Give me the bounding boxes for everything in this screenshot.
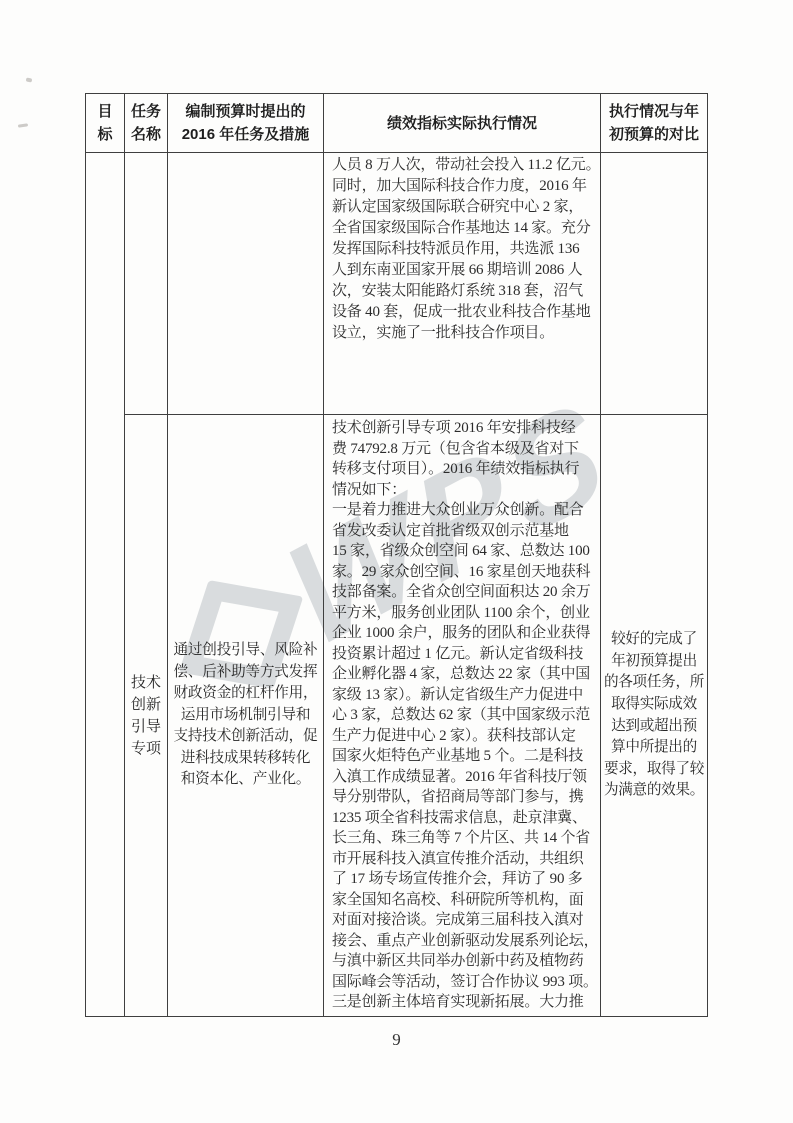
cell-goal bbox=[86, 153, 125, 1016]
document-page: WPS 目标 任务名称 编制预算时提出的2016 年任务及措施 绩效指标实际执行… bbox=[0, 0, 793, 1123]
cell-performance-row2: 技术创新引导专项 2016 年安排科技经费 74792.8 万元（包含省本级及省… bbox=[324, 415, 601, 1016]
header-performance: 绩效指标实际执行情况 bbox=[324, 94, 601, 153]
header-task-name: 任务名称 bbox=[125, 94, 168, 153]
cell-performance-row1: 人员 8 万人次，带动社会投入 11.2 亿元。同时，加大国际科技合作力度，20… bbox=[324, 153, 601, 415]
scan-artifact-dash bbox=[18, 123, 28, 127]
cell-task-name-row1 bbox=[125, 153, 168, 415]
cell-measures-row2: 通过创投引导、风险补偿、后补助等方式发挥财政资金的杠杆作用，运用市场机制引导和支… bbox=[168, 415, 324, 1016]
cell-task-name-row2: 技术创新引导专项 bbox=[125, 415, 168, 1016]
cell-comparison-row1 bbox=[601, 153, 707, 415]
page-number: 9 bbox=[0, 1030, 793, 1050]
header-goal: 目标 bbox=[86, 94, 125, 153]
scan-artifact-dot bbox=[26, 77, 33, 82]
header-measures: 编制预算时提出的2016 年任务及措施 bbox=[168, 94, 324, 153]
header-comparison: 执行情况与年初预算的对比 bbox=[601, 94, 707, 153]
cell-comparison-row2: 较好的完成了年初预算提出的各项任务，所取得实际成效达到或超出预算中所提出的要求，… bbox=[601, 415, 707, 1016]
cell-measures-row1 bbox=[168, 153, 324, 415]
performance-table: 目标 任务名称 编制预算时提出的2016 年任务及措施 绩效指标实际执行情况 执… bbox=[85, 93, 708, 1017]
